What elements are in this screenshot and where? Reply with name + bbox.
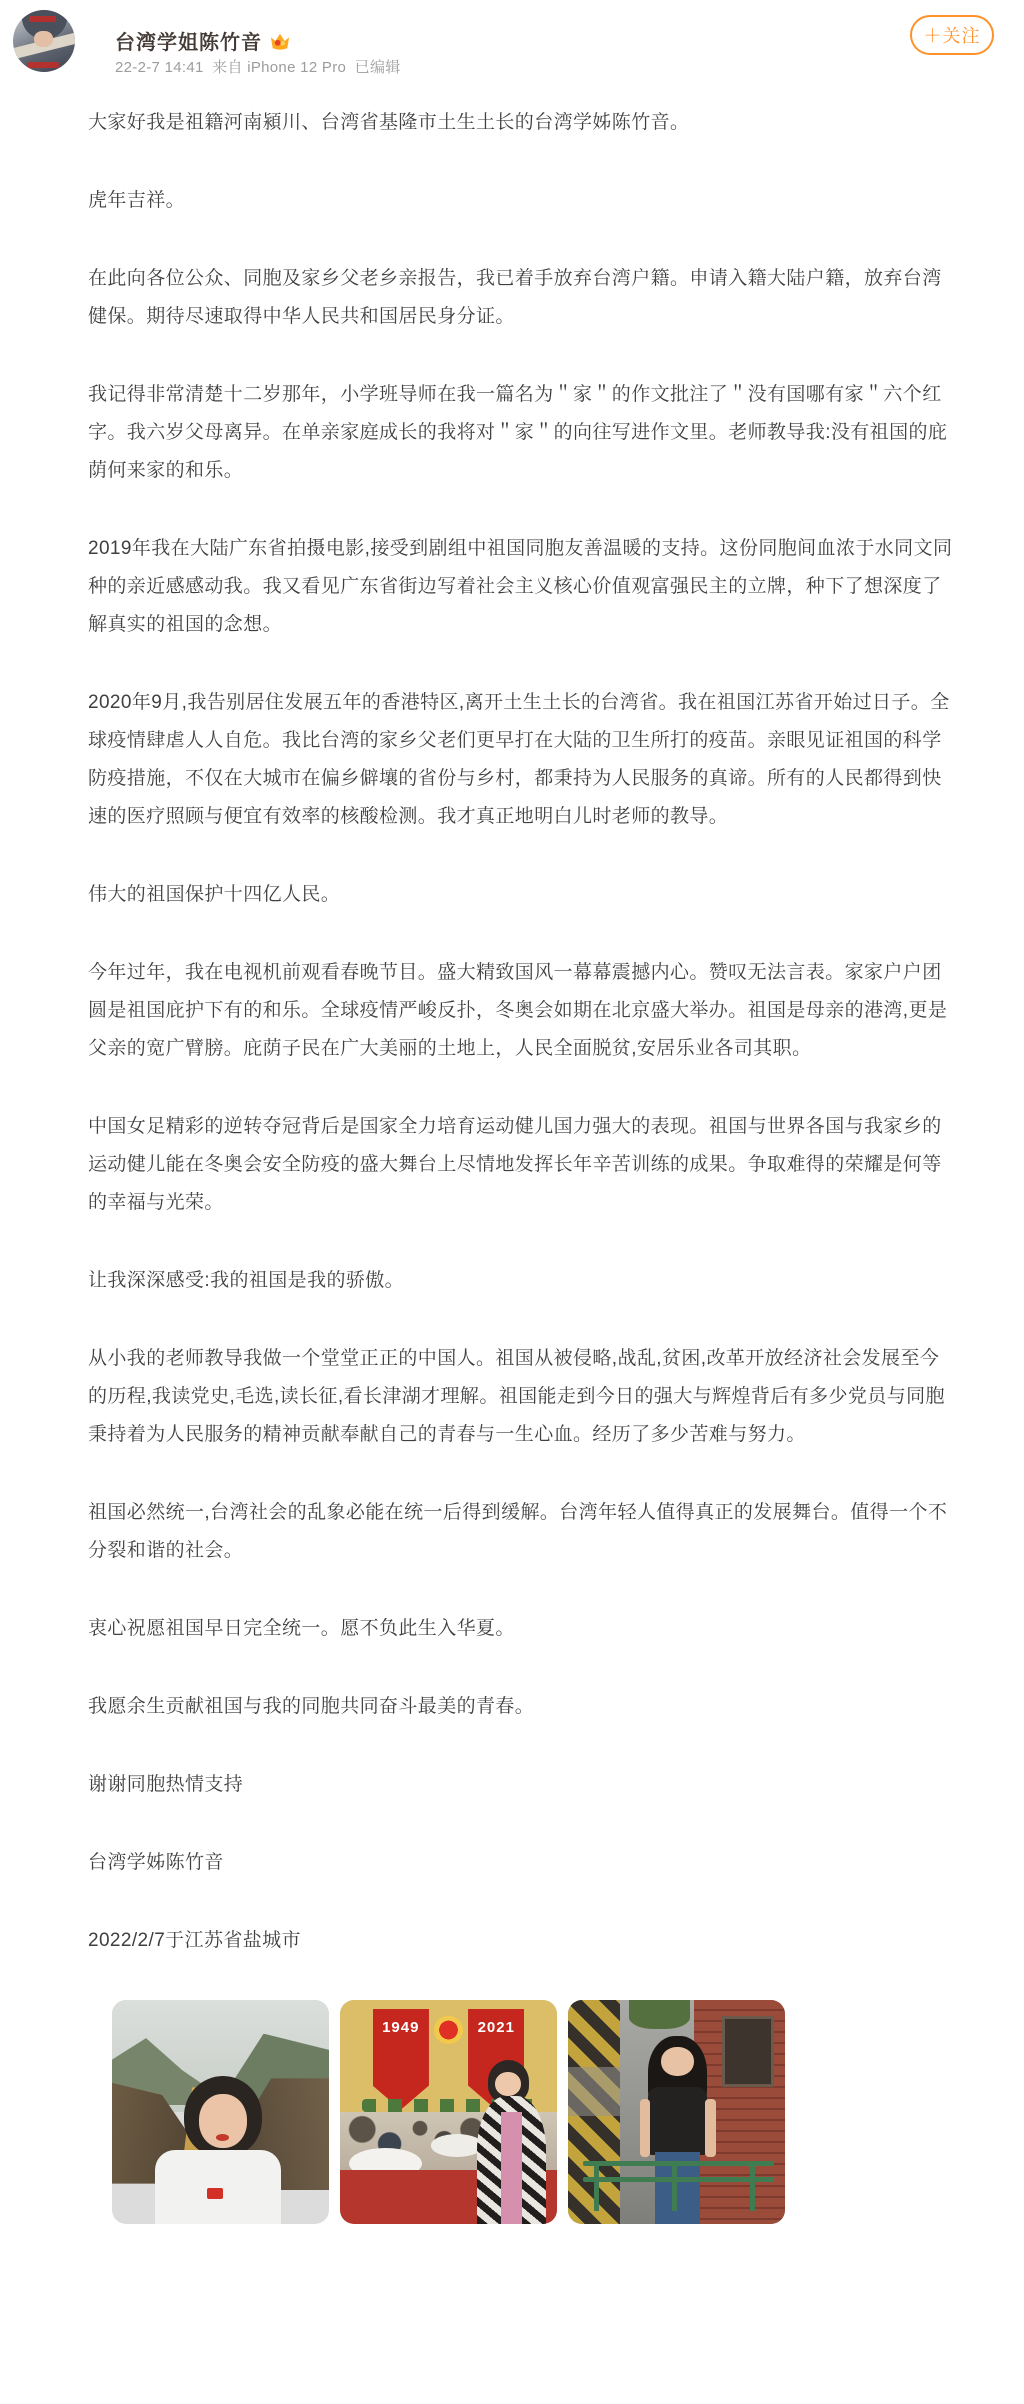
post-paragraph: 在此向各位公众、同胞及家乡父老乡亲报告，我已着手放弃台湾户籍。申请入籍大陆户籍，… — [88, 260, 954, 336]
post-signature: 台湾学姊陈竹音 — [88, 1844, 954, 1882]
post-paragraph: 祖国必然统一,台湾社会的乱象必能在统一后得到缓解。台湾年轻人值得真正的发展舞台。… — [88, 1494, 954, 1570]
photo3-green-railing — [583, 2161, 774, 2166]
photo2-round-table — [431, 2134, 483, 2156]
photo3-arm — [640, 2099, 651, 2157]
post-paragraph: 衷心祝愿祖国早日完全统一。愿不负此生入华夏。 — [88, 1610, 954, 1648]
avatar-face-shape — [34, 31, 53, 47]
follow-button[interactable]: ＋关注 — [910, 15, 994, 55]
post-edited-label: 已编辑 — [355, 59, 401, 76]
post-paragraph: 让我深深感受:我的祖国是我的骄傲。 — [88, 1262, 954, 1300]
photo3-railing-post — [750, 2161, 755, 2210]
post-paragraph: 2019年我在大陆广东省拍摄电影,接受到剧组中祖国同胞友善温暖的支持。这份同胞间… — [88, 530, 954, 644]
post-paragraph: 2020年9月,我告别居住发展五年的香港特区,离开土生土长的台湾省。我在祖国江苏… — [88, 684, 954, 836]
photo1-white-polo-shirt — [155, 2150, 281, 2224]
photo3-worn-patch — [568, 2067, 620, 2116]
photo-grid: 1949 2021 — [112, 2000, 1024, 2224]
post-source-link[interactable]: 来自 iPhone 12 Pro — [212, 59, 346, 76]
photo2-pink-dress — [501, 2112, 523, 2224]
photo-thumbnail-banquet-hall[interactable]: 1949 2021 — [340, 2000, 557, 2224]
post-paragraph: 虎年吉祥。 — [88, 182, 954, 220]
photo3-railing-post — [594, 2161, 599, 2210]
post-paragraph: 谢谢同胞热情支持 — [88, 1766, 954, 1804]
photo3-foliage — [629, 2000, 690, 2029]
post-paragraph: 从小我的老师教导我做一个堂堂正正的中国人。祖国从被侵略,战乱,贫困,改革开放经济… — [88, 1340, 954, 1454]
post-timestamp: 22-2-7 14:41 — [115, 59, 204, 76]
photo3-green-railing — [583, 2177, 774, 2182]
photo3-woman-face — [661, 2047, 694, 2076]
post-paragraph: 今年过年，我在电视机前观看春晚节目。盛大精致国风一幕幕震撼内心。赞叹无法言表。家… — [88, 954, 954, 1068]
post-paragraph: 伟大的祖国保护十四亿人民。 — [88, 876, 954, 914]
post-paragraph: 我记得非常清楚十二岁那年，小学班导师在我一篇名为＂家＂的作文批注了＂没有国哪有家… — [88, 376, 954, 490]
post-paragraph: 中国女足精彩的逆转夺冠背后是国家全力培育运动健儿国力强大的表现。祖国与世界各国与… — [88, 1108, 954, 1222]
post-paragraph: 我愿余生贡献祖国与我的同胞共同奋斗最美的青春。 — [88, 1688, 954, 1726]
photo-thumbnail-river-canyon[interactable] — [112, 2000, 329, 2224]
post-paragraph: 大家好我是祖籍河南潁川、台湾省基隆市土生土长的台湾学姊陈竹音。 — [88, 104, 954, 142]
post-body: 大家好我是祖籍河南潁川、台湾省基隆市土生土长的台湾学姊陈竹音。 虎年吉祥。 在此… — [0, 100, 1024, 1960]
post-date-location: 2022/2/7于江苏省盐城市 — [88, 1922, 954, 1960]
photo2-national-emblem — [434, 2016, 462, 2044]
photo3-railing-post — [672, 2161, 677, 2210]
user-avatar[interactable] — [13, 10, 75, 72]
post-meta: 22-2-7 14:41 来自 iPhone 12 Pro 已编辑 — [115, 56, 405, 77]
username[interactable]: 台湾学姐陈竹音 — [115, 26, 262, 55]
avatar-red-text-mark — [27, 62, 59, 68]
avatar-red-text-mark — [29, 16, 56, 22]
photo3-arm — [705, 2099, 716, 2157]
photo-thumbnail-alley-railing[interactable] — [568, 2000, 785, 2224]
photo1-flag-pin — [207, 2188, 222, 2199]
photo3-window — [722, 2016, 774, 2088]
post-header: 台湾学姐陈竹音 22-2-7 14:41 来自 iPhone 12 Pro 已编… — [0, 0, 1024, 100]
photo3-black-vest — [648, 2087, 707, 2154]
crown-vip-badge-icon — [269, 31, 291, 51]
